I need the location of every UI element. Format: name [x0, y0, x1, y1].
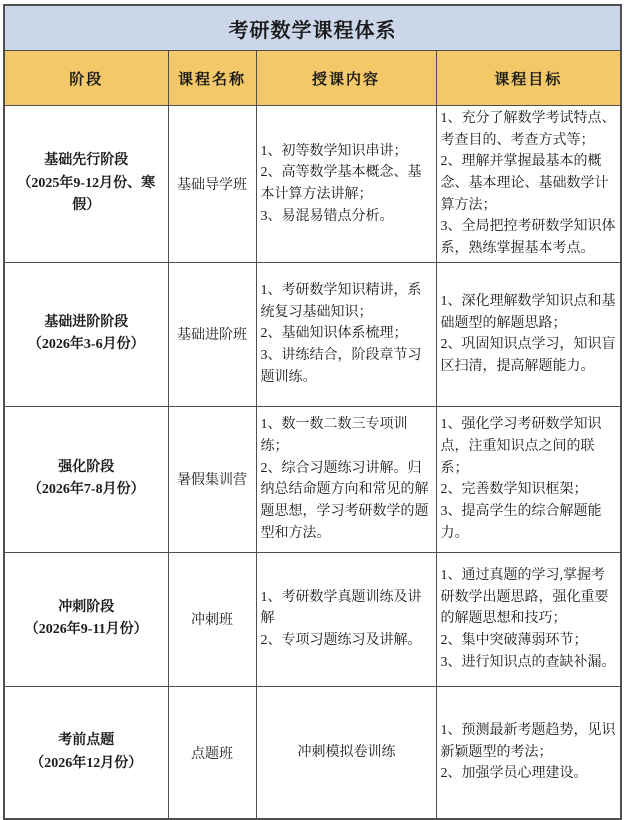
table-row: 基础先行阶段 （2025年9-12月份、寒假） 基础导学班 1、初等数学知识串讲…: [4, 106, 621, 263]
col-header-course-goal: 课程目标: [436, 51, 621, 106]
stage-name: 冲刺阶段: [58, 600, 114, 615]
stage-cell: 考前点题 （2026年12月份）: [4, 686, 168, 819]
course-goal-cell: 1、深化理解数学知识点和基础题型的解题思路； 2、巩固知识点学习，知识盲区扫清，…: [436, 262, 621, 406]
stage-cell: 基础进阶阶段 （2026年3-6月份）: [4, 262, 168, 406]
teaching-content-cell: 1、初等数学知识串讲； 2、高等数学基本概念、基本计算方法讲解； 3、易混易错点…: [256, 106, 436, 263]
col-header-course-name: 课程名称: [168, 51, 256, 106]
stage-name: 基础先行阶段: [44, 153, 128, 168]
course-name-cell: 暑假集训营: [168, 406, 256, 552]
stage-period: （2025年9-12月份、寒假）: [7, 173, 166, 218]
course-schedule-table: 考研数学课程体系 阶段 课程名称 授课内容 课程目标 基础先行阶段 （2025年…: [3, 4, 622, 820]
stage-period: （2026年9-11月份）: [7, 619, 166, 641]
stage-name: 基础进阶阶段: [44, 315, 128, 330]
title-row: 考研数学课程体系: [4, 5, 621, 51]
table-row: 冲刺阶段 （2026年9-11月份） 冲刺班 1、考研数学真题训练及讲解 2、专…: [4, 552, 621, 686]
header-row: 阶段 课程名称 授课内容 课程目标: [4, 51, 621, 106]
course-schedule: 考研数学课程体系 阶段 课程名称 授课内容 课程目标 基础先行阶段 （2025年…: [3, 4, 622, 820]
teaching-content-cell: 1、考研数学真题训练及讲解 2、专项习题练习及讲解。: [256, 552, 436, 686]
course-goal-cell: 1、预测最新考题趋势，见识新颖题型的考法； 2、加强学员心理建设。: [436, 686, 621, 819]
course-goal-cell: 1、充分了解数学考试特点、考查目的、考查方式等； 2、理解并掌握最基本的概念、基…: [436, 106, 621, 263]
course-name-cell: 点题班: [168, 686, 256, 819]
stage-cell: 基础先行阶段 （2025年9-12月份、寒假）: [4, 106, 168, 263]
teaching-content-cell: 1、考研数学知识精讲，系统复习基础知识； 2、基础知识体系梳理； 3、讲练结合，…: [256, 262, 436, 406]
stage-cell: 强化阶段 （2026年7-8月份）: [4, 406, 168, 552]
table-row: 考前点题 （2026年12月份） 点题班 冲刺模拟卷训练 1、预测最新考题趋势，…: [4, 686, 621, 819]
page-title: 考研数学课程体系: [4, 5, 621, 51]
course-name-cell: 基础进阶班: [168, 262, 256, 406]
table-row: 强化阶段 （2026年7-8月份） 暑假集训营 1、数一数二数三专项训练； 2、…: [4, 406, 621, 552]
teaching-content-cell: 冲刺模拟卷训练: [256, 686, 436, 819]
course-goal-cell: 1、强化学习考研数学知识点，注重知识点之间的联系； 2、完善数学知识框架； 3、…: [436, 406, 621, 552]
stage-name: 强化阶段: [58, 460, 114, 475]
stage-name: 考前点题: [58, 733, 114, 748]
course-goal-cell: 1、通过真题的学习,掌握考研数学出题思路，强化重要的解题思想和技巧； 2、集中突…: [436, 552, 621, 686]
stage-period: （2026年12月份）: [7, 753, 166, 775]
course-name-cell: 基础导学班: [168, 106, 256, 263]
stage-cell: 冲刺阶段 （2026年9-11月份）: [4, 552, 168, 686]
course-name-cell: 冲刺班: [168, 552, 256, 686]
stage-period: （2026年7-8月份）: [7, 479, 166, 501]
table-row: 基础进阶阶段 （2026年3-6月份） 基础进阶班 1、考研数学知识精讲，系统复…: [4, 262, 621, 406]
stage-period: （2026年3-6月份）: [7, 334, 166, 356]
teaching-content-cell: 1、数一数二数三专项训练； 2、综合习题练习讲解。归纳总结命题方向和常见的解题思…: [256, 406, 436, 552]
col-header-stage: 阶段: [4, 51, 168, 106]
col-header-teaching-content: 授课内容: [256, 51, 436, 106]
